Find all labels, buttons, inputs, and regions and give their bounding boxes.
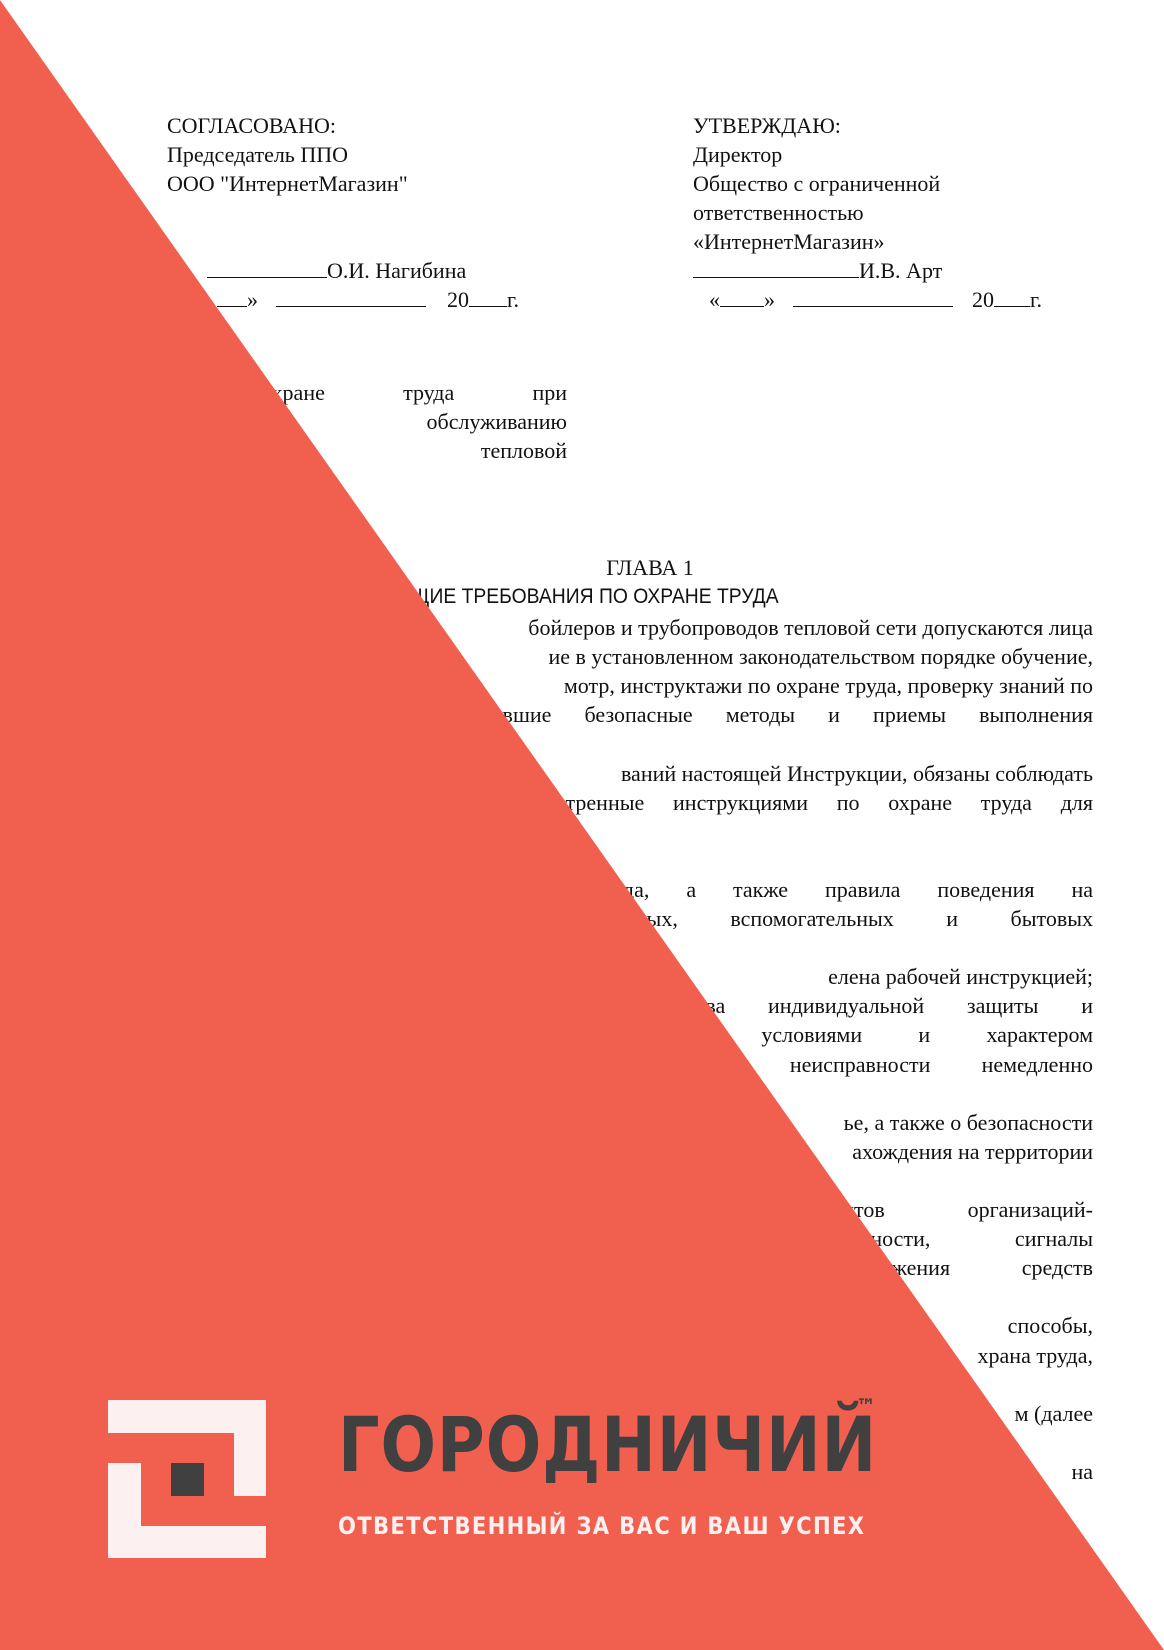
body-text-line: бойлеров и трубопроводов тепловой сети д… [528, 613, 1093, 642]
date-year-suffix: г. [1030, 287, 1042, 312]
date-month-line [793, 285, 953, 307]
approval-right-org-line2: ответственностью [693, 198, 1042, 227]
document-title-line: убопроводов тепловой [0, 436, 567, 465]
approval-left-signer: О.И. Нагибина [327, 258, 466, 283]
approval-right-heading: УТВЕРЖДАЮ: [693, 111, 1042, 140]
date-year-line [469, 285, 507, 307]
body-text-line: труда, а также правила поведения на [593, 875, 1093, 904]
body-text-line: храна труда, [978, 1341, 1093, 1370]
approval-left-heading: СОГЛАСОВАНО: [167, 111, 519, 140]
date-day-line [720, 285, 764, 307]
chapter-title: ЩИЕ ТРЕБОВАНИЯ ПО ОХРАНЕ ТРУДА [324, 582, 867, 611]
approval-left-position: Председатель ППО [167, 140, 519, 169]
body-text-line: с условиями и характером [695, 1020, 1093, 1049]
date-year-suffix: г. [507, 287, 519, 312]
approval-right-signature-row: И.В. Арт [693, 256, 1042, 285]
approval-left-block: СОГЛАСОВАНО: Председатель ППО ООО "Интер… [167, 111, 519, 314]
date-month-line [276, 285, 426, 307]
approval-right-date-row: «» 20г. [693, 285, 1042, 314]
date-day-line [217, 285, 247, 307]
body-text-line: пасности, сигналы [839, 1224, 1093, 1253]
document-title: ия по охране труда при работ по обслужив… [0, 378, 567, 465]
date-quote-close: » [247, 287, 258, 312]
date-year-prefix: 20 [972, 287, 994, 312]
body-text-line: воившие безопасные методы и приемы выпол… [470, 700, 1093, 729]
body-text-line: на [1071, 1457, 1093, 1486]
body-text-line: смотренные инструкциями по охране труда … [531, 788, 1093, 817]
body-text-line: дства индивидуальной защиты и [675, 991, 1093, 1020]
body-text-line: енных, вспомогательных и бытовых [613, 904, 1093, 933]
body-text-line: м (далее [1015, 1399, 1093, 1428]
date-year-line [994, 285, 1030, 307]
body-text-line: ь способы, [901, 1311, 1093, 1340]
trademark-symbol: ™ [856, 1394, 876, 1418]
signature-line [693, 256, 859, 278]
approval-left-date-row: » 20г. [167, 285, 519, 314]
signature-line [207, 256, 327, 278]
body-text-line: ахождения на территории [852, 1137, 1093, 1166]
approval-right-org-line1: Общество с ограниченной [693, 169, 1042, 198]
body-text-line: оложения средств [860, 1253, 1093, 1282]
body-text-line: ли неисправности немедленно [716, 1050, 1093, 1079]
approval-left-organization: ООО "ИнтернетМагазин" [167, 169, 519, 198]
body-text-line: ье, а также о безопасности [844, 1108, 1093, 1137]
maze-square-logo-icon [108, 1400, 266, 1558]
approval-right-position: Директор [693, 140, 1042, 169]
body-text-line: ваний настоящей Инструкции, обязаны собл… [621, 759, 1093, 788]
document-title-line: ия по охране труда при [0, 378, 567, 407]
brand-tagline: ОТВЕТСТВЕННЫЙ ЗА ВАС И ВАШ УСПЕХ [338, 1512, 865, 1540]
body-text-line: ментов организаций- [819, 1195, 1093, 1224]
brand-name: ГОРОДНИЧИЙ [338, 1400, 877, 1490]
document-title-line: работ по обслуживанию [0, 407, 567, 436]
approval-right-block: УТВЕРЖДАЮ: Директор Общество с ограничен… [693, 111, 1042, 314]
date-quote-open: « [709, 287, 720, 312]
approval-right-org-line3: «ИнтернетМагазин» [693, 227, 1042, 256]
body-text-line: елена рабочей инструкцией; [828, 962, 1093, 991]
date-year-prefix: 20 [447, 287, 469, 312]
approval-left-signature-row: О.И. Нагибина [167, 256, 519, 285]
body-text-line: мотр, инструктажи по охране труда, прове… [564, 671, 1093, 700]
approval-right-signer: И.В. Арт [859, 258, 942, 283]
date-quote-close: » [764, 287, 775, 312]
chapter-number: ГЛАВА 1 [300, 553, 1000, 582]
body-text-line: ие в установленном законодательством пор… [548, 642, 1093, 671]
logo-bar [108, 1526, 266, 1558]
logo-bar [234, 1400, 266, 1496]
logo-center-square [171, 1463, 204, 1496]
